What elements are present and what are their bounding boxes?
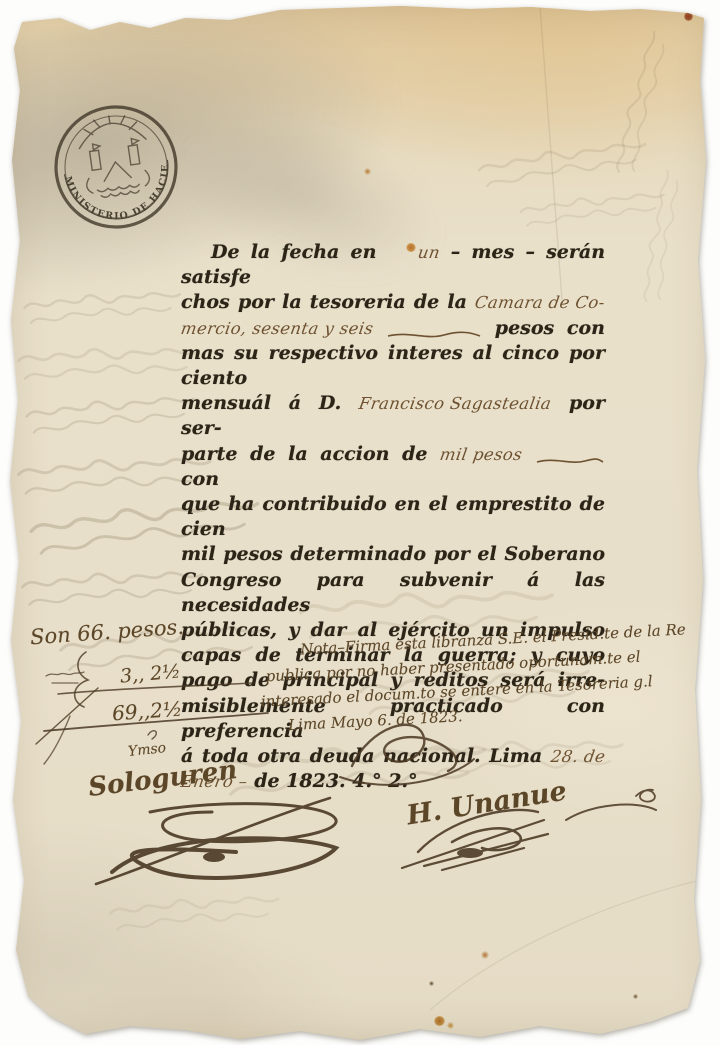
print-segment: mil pesos determinado por el Soberano: [181, 543, 605, 565]
handwritten-insert: mercio, sesenta y seis: [179, 316, 375, 341]
decree-line: chos por la tesoreria de la Camara de Co…: [181, 290, 605, 315]
handwritten-insert: Camara de Co-: [473, 290, 607, 315]
foxing-spot: [684, 12, 693, 21]
foxing-spot: [633, 994, 638, 999]
print-segment: Congreso para subvenir á las necesidades: [181, 569, 605, 616]
signature-sologuren: Sologuren: [87, 755, 239, 803]
handwritten-insert: mil pesos: [438, 442, 524, 467]
print-segment: mas su respectivo interes al cinco por c…: [181, 342, 605, 389]
foxing-spot: [434, 1016, 445, 1026]
scanned-document: MINISTERIO DE HACIENDA De la fecha en un…: [0, 0, 720, 1045]
foxing-spot: [429, 981, 434, 986]
foxing-spot: [364, 168, 371, 175]
decree-line: mas su respectivo interes al cinco por c…: [181, 341, 605, 391]
ministry-seal-stamp: MINISTERIO DE HACIENDA: [30, 82, 201, 252]
foxing-spot: [447, 1022, 454, 1029]
pen-flourish-dash: [535, 449, 605, 461]
paper-shadow: MINISTERIO DE HACIENDA De la fecha en un…: [0, 0, 720, 1045]
print-segment: con: [181, 468, 219, 490]
paper-sheet: MINISTERIO DE HACIENDA De la fecha en un…: [0, 0, 720, 1045]
decree-line: De la fecha en un – mes – serán satisfe: [181, 240, 605, 290]
print-segment: pesos con: [495, 317, 605, 339]
amount-annotation: Son 66. pesos.: [29, 615, 184, 650]
print-segment: De la fecha en: [211, 241, 376, 263]
handwritten-insert: 28. de: [549, 744, 607, 769]
foxing-spot: [481, 951, 489, 959]
pen-flourish-dash: [386, 323, 482, 335]
coat-of-arms: [75, 111, 154, 200]
decree-line: Congreso para subvenir á las necesidades: [181, 568, 605, 618]
interest-figure: 3,, 2½: [119, 660, 181, 687]
signature-ymso: Ymso: [127, 740, 167, 760]
decree-line: á toda otra deuda nacional. Lima 28. de: [181, 744, 605, 769]
rubric-sologuren: [96, 798, 336, 884]
decree-line: mensuál á D. Francisco Sagastealia por s…: [181, 391, 605, 441]
total-figure: 69,,2½: [111, 697, 183, 726]
decree-line: mercio, sesenta y seis pesos con: [181, 316, 605, 341]
accounting-bracket: [75, 652, 88, 707]
handwritten-insert: un: [386, 240, 442, 265]
decree-line: que ha contribuido en el emprestito de c…: [181, 492, 605, 542]
print-segment: chos por la tesoreria de la: [181, 291, 467, 313]
print-segment: que ha contribuido en el emprestito de c…: [181, 493, 605, 540]
print-segment: de 1823. 4.° 2.°: [254, 770, 417, 792]
decree-line: mil pesos determinado por el Soberano: [181, 542, 605, 567]
print-segment: mensuál á D.: [181, 392, 341, 414]
handwritten-insert: Francisco Sagastealia: [357, 391, 553, 416]
print-segment: parte de la accion de: [181, 443, 427, 465]
decree-line: parte de la accion de mil pesos con: [181, 442, 605, 492]
